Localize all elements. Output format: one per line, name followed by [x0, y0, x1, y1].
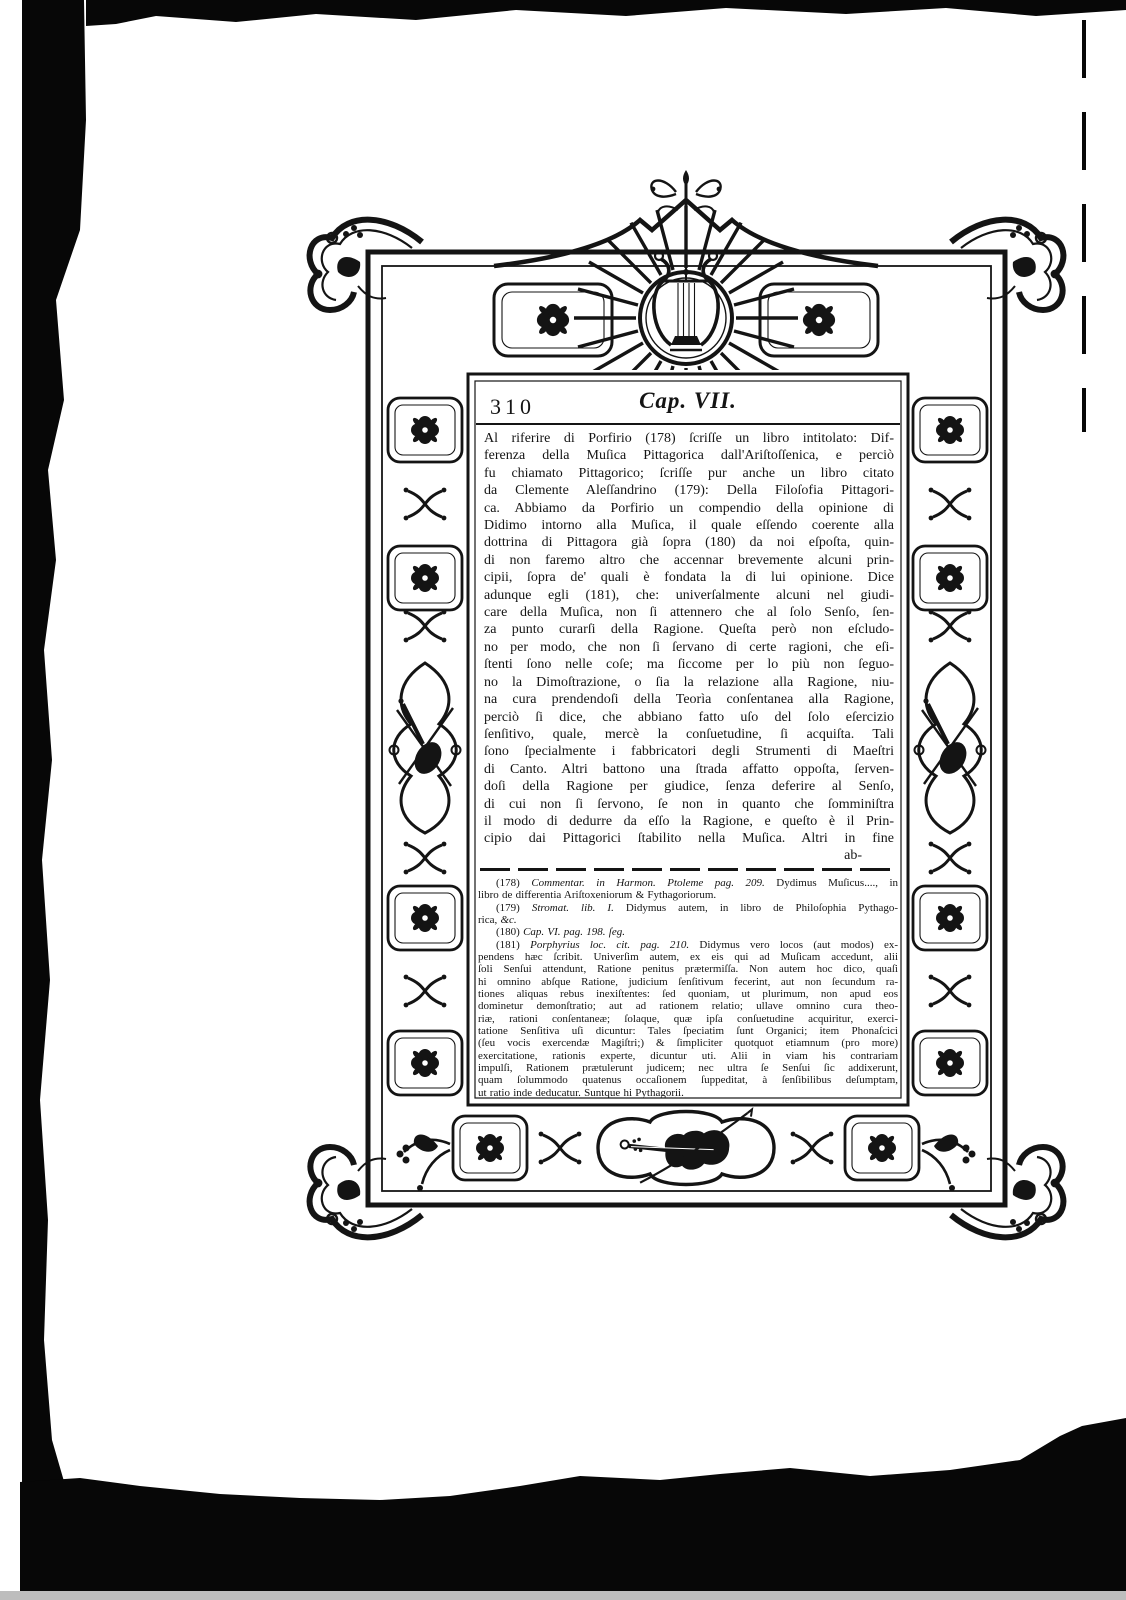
footnote-line: ſoli Senſui attendunt, Ratione penitus p… [478, 963, 898, 975]
flower-spray-icon [922, 1135, 976, 1192]
scan-edge-bottom [20, 1418, 1126, 1592]
footnote-line: tatione Senſitiva uſi dicuntur: Tales ſp… [478, 1025, 898, 1037]
text-line: za punto curarſi della Ragione. Queſta p… [484, 621, 894, 638]
page-text-block: 310 Cap. VII. Al riferire di Porfirio (1… [468, 374, 908, 1105]
text-line: ferenza della Muſica Pittagorica dall'Ar… [484, 447, 894, 464]
scan-edge-bottom-strip [0, 1591, 1126, 1600]
text-line: ſtenti ſono nelle coſe; ma ſiccome per l… [484, 656, 894, 673]
footnote-line: (180) Cap. VI. pag. 198. ſeg. [478, 926, 898, 938]
text-line: care della Muſica, non ſi attennero che … [484, 604, 894, 621]
footnote-line: rica, &c. [478, 914, 898, 926]
footnote-line: dominetur demonſtratio; aut ad rationem … [478, 1000, 898, 1012]
footnote-line: impulſi, Rationem prætulerunt judicem; n… [478, 1062, 898, 1074]
left-border-ornaments [388, 398, 462, 1095]
footnote-line: quam ſolummodo quatenus occaſionem ſuppe… [478, 1074, 898, 1086]
text-line: adunque egli (181), che: univerſalmente … [484, 587, 894, 604]
footnote-line: tiones aliquas rebus inexiſtentes: ſed q… [478, 988, 898, 1000]
text-line: ſono ſpecialmente i fabbricatori degli S… [484, 743, 894, 760]
lute-icon [390, 663, 461, 833]
right-border-ornaments [913, 398, 987, 1095]
text-line: Al riferire di Porfirio (178) ſcriſſe un… [484, 430, 894, 447]
text-line: di cui non ſi ſervono, ſe non in quanto … [484, 796, 894, 813]
scanned-page: 310 Cap. VII. Al riferire di Porfirio (1… [0, 0, 1126, 1600]
text-line: ca. Abbiamo da Porfirio un compendio del… [484, 500, 894, 517]
text-line: cipii, ſopra de' quali è fondata la di l… [484, 569, 894, 586]
lute-icon [915, 663, 986, 833]
text-line: doſi della Ragione per giudice, ſenza de… [484, 778, 894, 795]
text-line: di Canto. Altri battono una ſtrada affat… [484, 761, 894, 778]
scan-edge-right-marks [1082, 20, 1086, 432]
footnote-line: (178) Commentar. in Harmon. Ptoleme pag.… [478, 877, 898, 889]
text-line: fu chiamato Pittagorico; ſcriſſe pur anc… [484, 465, 894, 482]
footnote-line: exercitatione, rationis experte, dicuntu… [478, 1050, 898, 1062]
main-text: Al riferire di Porfirio (178) ſcriſſe un… [484, 430, 894, 848]
footnote-line: (179) Stromat. lib. I. Didymus autem, in… [478, 902, 898, 914]
catchword: ab- [844, 848, 862, 864]
scan-edge-top [86, 0, 1126, 30]
text-line: di non faremo altro che accennar breveme… [484, 552, 894, 569]
text-line: da Clemente Aleſſandrino (179): Della Fi… [484, 482, 894, 499]
header-rule [476, 423, 900, 425]
text-line: na cura prendendoſi della Teorìa conſent… [484, 691, 894, 708]
text-line: dottrina di Pittagora già ſopra (180) da… [484, 534, 894, 551]
text-line: Didimo intorno alla Muſica, il quale eſſ… [484, 517, 894, 534]
scan-edge-left [22, 0, 94, 1502]
flower-spray-icon [397, 1135, 451, 1192]
text-line: perciò ſi dice, che abbiano fatto uſo de… [484, 709, 894, 726]
footnote-line: (ſeu vocis exercendæ Magiſtri;) & ſimpli… [478, 1037, 898, 1049]
chapter-heading: Cap. VII. [488, 388, 888, 414]
footnotes: (178) Commentar. in Harmon. Ptoleme pag.… [478, 877, 898, 1099]
footnote-line: riæ, rationi conſentaneæ; ſolaque, quæ i… [478, 1013, 898, 1025]
footnote-separator [480, 868, 896, 871]
footnote-line: hi omnino abſque Ratione, judicium ſenſi… [478, 976, 898, 988]
text-line: no la Dimoſtrazione, o ſia la relazione … [484, 674, 894, 691]
bottom-border-ornaments [397, 1109, 976, 1191]
footnote-line: pendens hæc ſcribit. Univerſim autem, ex… [478, 951, 898, 963]
text-line: ſenſitivo, quale, mercè la conſuetudine,… [484, 726, 894, 743]
footnote-line: (181) Porphyrius loc. cit. pag. 210. Did… [478, 939, 898, 951]
footnote-line: libro de differentia Ariſtoxeniorum & Fy… [478, 889, 898, 901]
text-line: il modo di dedurre da eſſo la Ragione, e… [484, 813, 894, 830]
page-header: 310 Cap. VII. [488, 386, 888, 424]
crest-palmette-icon [651, 170, 722, 214]
text-line: cipio dai Pittagorici ſtabilito nella Mu… [484, 830, 894, 847]
text-line: no per modo, che non ſi ſervano di certe… [484, 639, 894, 656]
footnote-line: ut ratio inde deducatur. Suntque hi Pyth… [478, 1087, 898, 1099]
